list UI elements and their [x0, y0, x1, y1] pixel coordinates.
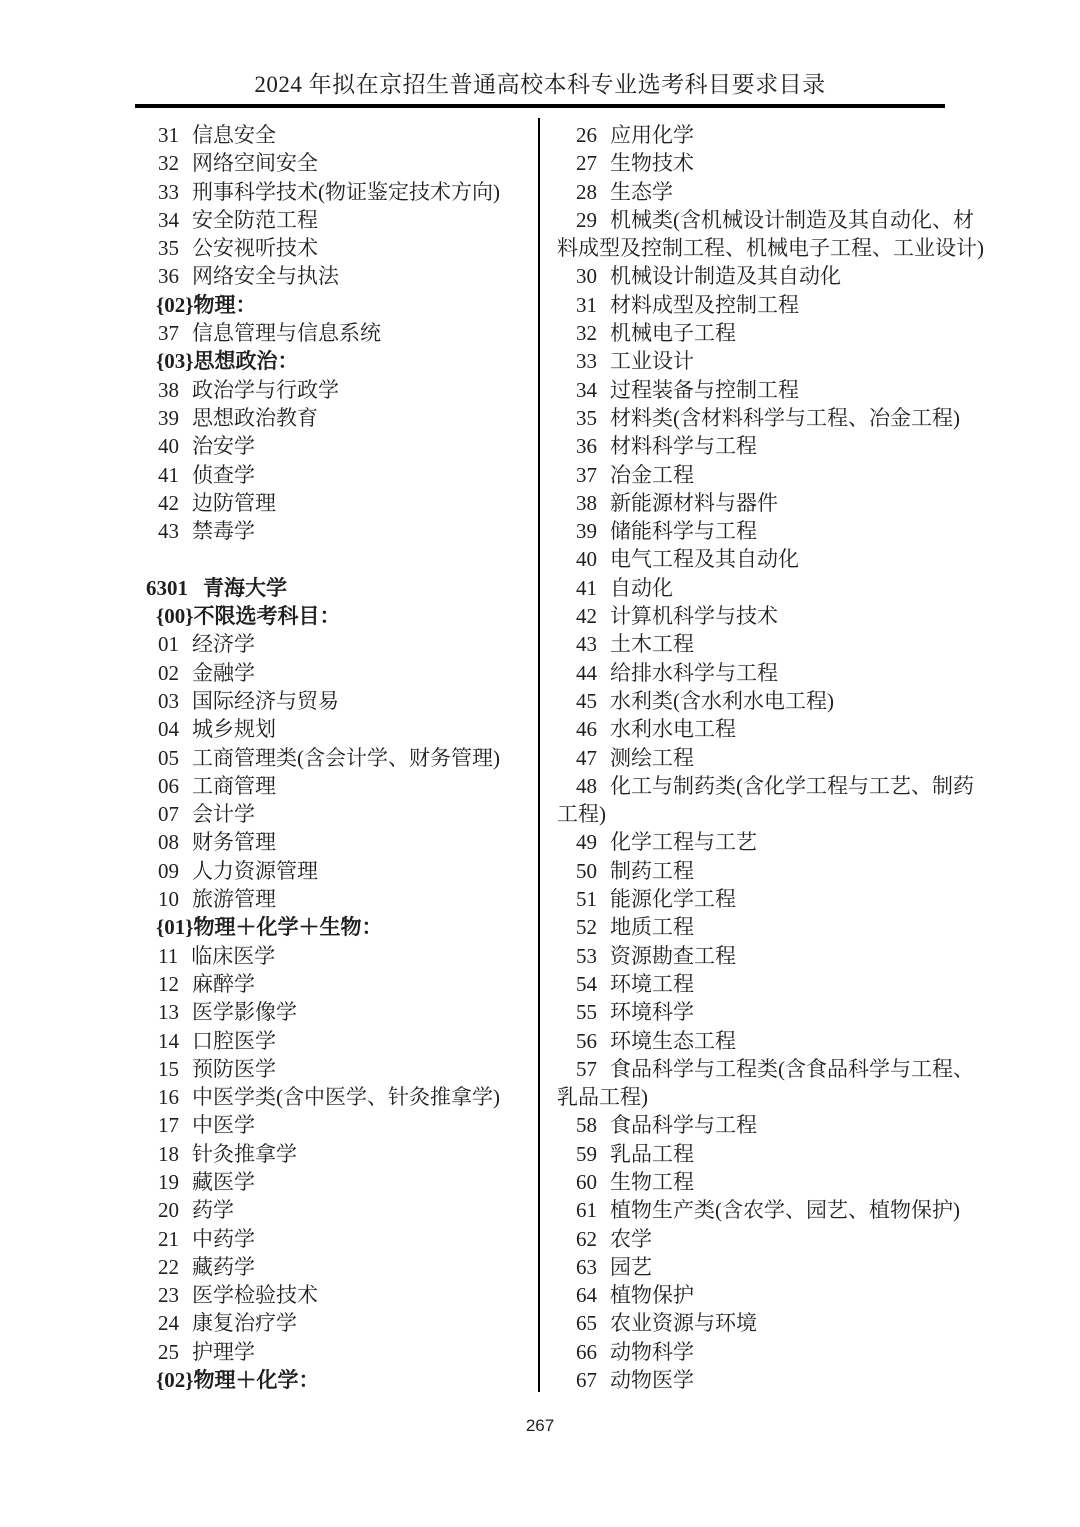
- major-item: 46水利水电工程: [557, 715, 945, 743]
- left-column: 31信息安全32网络空间安全33刑事科学技术(物证鉴定技术方向)34安全防范工程…: [139, 121, 536, 1394]
- major-item: 22藏药学: [139, 1253, 536, 1281]
- major-item: 34过程装备与控制工程: [557, 376, 945, 404]
- major-item: 29机械类(含机械设计制造及其自动化、材: [557, 206, 945, 234]
- major-item-continuation: 料成型及控制工程、机械电子工程、工业设计): [557, 234, 945, 262]
- item-text: 植物生产类(含农学、园艺、植物保护): [610, 1198, 960, 1222]
- item-text: 中医学: [192, 1113, 255, 1137]
- item-number: 50: [576, 857, 597, 885]
- major-item: 04城乡规划: [139, 715, 536, 743]
- major-item: 32网络空间安全: [139, 149, 536, 177]
- major-item: 07会计学: [139, 800, 536, 828]
- item-number: 16: [158, 1083, 179, 1111]
- major-item: 32机械电子工程: [557, 319, 945, 347]
- item-number: 08: [158, 828, 179, 856]
- item-text: 机械电子工程: [610, 321, 736, 345]
- item-text: 城乡规划: [192, 717, 276, 741]
- item-text: 环境科学: [610, 1000, 694, 1024]
- major-item: 61植物生产类(含农学、园艺、植物保护): [557, 1196, 945, 1224]
- item-number: 58: [576, 1111, 597, 1139]
- item-text: 工商管理: [192, 774, 276, 798]
- item-number: 46: [576, 715, 597, 743]
- item-text: 旅游管理: [192, 887, 276, 911]
- item-text: 刑事科学技术(物证鉴定技术方向): [192, 180, 500, 204]
- major-item-continuation: 乳品工程): [557, 1083, 945, 1111]
- item-number: 35: [158, 234, 179, 262]
- item-number: 04: [158, 715, 179, 743]
- item-number: 11: [158, 942, 178, 970]
- item-number: 53: [576, 942, 597, 970]
- item-text: 电气工程及其自动化: [610, 547, 799, 571]
- major-item: 26应用化学: [557, 121, 945, 149]
- item-number: 44: [576, 659, 597, 687]
- item-number: 02: [158, 659, 179, 687]
- major-item: 42边防管理: [139, 489, 536, 517]
- item-number: 55: [576, 998, 597, 1026]
- major-item: 39储能科学与工程: [557, 517, 945, 545]
- item-text: 人力资源管理: [192, 859, 318, 883]
- item-number: 43: [158, 517, 179, 545]
- item-text: 治安学: [192, 434, 255, 458]
- item-number: 57: [576, 1055, 597, 1083]
- item-text: 计算机科学与技术: [610, 604, 778, 628]
- major-item: 01经济学: [139, 630, 536, 658]
- major-item: 55环境科学: [557, 998, 945, 1026]
- item-number: 37: [158, 319, 179, 347]
- item-text: 动物科学: [610, 1340, 694, 1364]
- item-text: 政治学与行政学: [192, 378, 339, 402]
- item-number: 42: [576, 602, 597, 630]
- item-number: 41: [158, 461, 179, 489]
- major-item: 12麻醉学: [139, 970, 536, 998]
- major-item: 20药学: [139, 1196, 536, 1224]
- major-item: 59乳品工程: [557, 1140, 945, 1168]
- item-number: 31: [158, 121, 179, 149]
- major-item: 58食品科学与工程: [557, 1111, 945, 1139]
- item-text: {02}物理：: [156, 293, 257, 317]
- major-item: 44给排水科学与工程: [557, 659, 945, 687]
- item-number: 6301: [146, 574, 188, 602]
- item-number: 40: [158, 432, 179, 460]
- item-number: 51: [576, 885, 597, 913]
- item-text: 财务管理: [192, 830, 276, 854]
- major-item: 54环境工程: [557, 970, 945, 998]
- subject-group-header: {00}不限选考科目：: [139, 602, 536, 630]
- item-number: 40: [576, 545, 597, 573]
- major-item: 42计算机科学与技术: [557, 602, 945, 630]
- major-item: 15预防医学: [139, 1055, 536, 1083]
- item-text: 动物医学: [610, 1368, 694, 1392]
- item-number: 34: [576, 376, 597, 404]
- item-text: 网络空间安全: [192, 151, 318, 175]
- item-text: 环境生态工程: [610, 1029, 736, 1053]
- major-item: 64植物保护: [557, 1281, 945, 1309]
- major-item: 17中医学: [139, 1111, 536, 1139]
- item-number: 20: [158, 1196, 179, 1224]
- item-text: 材料类(含材料科学与工程、冶金工程): [610, 406, 960, 430]
- blank-line: [139, 545, 536, 573]
- item-number: 39: [158, 404, 179, 432]
- item-text: 麻醉学: [192, 972, 255, 996]
- major-item: 43禁毒学: [139, 517, 536, 545]
- page-number: 267: [0, 1416, 1080, 1436]
- item-number: 64: [576, 1281, 597, 1309]
- item-text: 金融学: [192, 661, 255, 685]
- major-item: 34安全防范工程: [139, 206, 536, 234]
- item-number: 36: [576, 432, 597, 460]
- item-text: 新能源材料与器件: [610, 491, 778, 515]
- major-item: 02金融学: [139, 659, 536, 687]
- item-number: 66: [576, 1338, 597, 1366]
- item-text: 环境工程: [610, 972, 694, 996]
- major-item: 25护理学: [139, 1338, 536, 1366]
- item-number: 60: [576, 1168, 597, 1196]
- item-number: 18: [158, 1140, 179, 1168]
- major-item: 35公安视听技术: [139, 234, 536, 262]
- item-text: 应用化学: [610, 123, 694, 147]
- subject-group-header: {03}思想政治：: [139, 347, 536, 375]
- major-item: 38新能源材料与器件: [557, 489, 945, 517]
- item-text: 测绘工程: [610, 746, 694, 770]
- item-number: 21: [158, 1225, 179, 1253]
- item-number: 03: [158, 687, 179, 715]
- item-text: 园艺: [610, 1255, 652, 1279]
- item-text: 食品科学与工程: [610, 1113, 757, 1137]
- major-item: 10旅游管理: [139, 885, 536, 913]
- item-text: 生物工程: [610, 1170, 694, 1194]
- item-text: 国际经济与贸易: [192, 689, 339, 713]
- major-item: 48化工与制药类(含化学工程与工艺、制药: [557, 772, 945, 800]
- document-page: 2024 年拟在京招生普通高校本科专业选考科目要求目录 31信息安全32网络空间…: [0, 0, 1080, 1527]
- item-text: 机械类(含机械设计制造及其自动化、材: [610, 208, 974, 232]
- item-text: 农业资源与环境: [610, 1311, 757, 1335]
- major-item: 41侦查学: [139, 461, 536, 489]
- major-item: 67动物医学: [557, 1366, 945, 1394]
- item-number: 25: [158, 1338, 179, 1366]
- major-item-continuation: 工程): [557, 800, 945, 828]
- major-item: 28生态学: [557, 178, 945, 206]
- major-item: 03国际经济与贸易: [139, 687, 536, 715]
- item-number: 67: [576, 1366, 597, 1394]
- item-number: 47: [576, 744, 597, 772]
- item-text: 临床医学: [191, 944, 275, 968]
- major-item: 35材料类(含材料科学与工程、冶金工程): [557, 404, 945, 432]
- item-text: 生态学: [610, 180, 673, 204]
- major-item: 43土木工程: [557, 630, 945, 658]
- item-text: {00}不限选考科目：: [156, 604, 341, 628]
- item-text: 地质工程: [610, 915, 694, 939]
- item-number: 41: [576, 574, 597, 602]
- item-number: 23: [158, 1281, 179, 1309]
- item-text: 生物技术: [610, 151, 694, 175]
- item-text: 针灸推拿学: [192, 1142, 297, 1166]
- item-text: 自动化: [610, 576, 673, 600]
- item-text: 材料科学与工程: [610, 434, 757, 458]
- major-item: 24康复治疗学: [139, 1309, 536, 1337]
- item-text: 水利类(含水利水电工程): [610, 689, 834, 713]
- major-item: 33工业设计: [557, 347, 945, 375]
- item-number: 01: [158, 630, 179, 658]
- major-item: 05工商管理类(含会计学、财务管理): [139, 744, 536, 772]
- major-item: 37信息管理与信息系统: [139, 319, 536, 347]
- item-number: 52: [576, 913, 597, 941]
- item-text: 乳品工程): [557, 1085, 648, 1109]
- item-text: 会计学: [192, 802, 255, 826]
- item-text: 储能科学与工程: [610, 519, 757, 543]
- item-text: 康复治疗学: [192, 1311, 297, 1335]
- item-text: 信息管理与信息系统: [192, 321, 381, 345]
- item-text: 水利水电工程: [610, 717, 736, 741]
- item-text: 能源化学工程: [610, 887, 736, 911]
- item-number: 37: [576, 461, 597, 489]
- item-text: 药学: [192, 1198, 234, 1222]
- subject-group-header: {02}物理＋化学：: [139, 1366, 536, 1394]
- major-item: 33刑事科学技术(物证鉴定技术方向): [139, 178, 536, 206]
- item-number: 49: [576, 828, 597, 856]
- item-text: 机械设计制造及其自动化: [610, 264, 841, 288]
- item-number: 06: [158, 772, 179, 800]
- item-number: 33: [158, 178, 179, 206]
- major-item: 09人力资源管理: [139, 857, 536, 885]
- major-item: 65农业资源与环境: [557, 1309, 945, 1337]
- item-text: 化工与制药类(含化学工程与工艺、制药: [610, 774, 974, 798]
- item-text: {02}物理＋化学：: [156, 1368, 320, 1392]
- item-number: 63: [576, 1253, 597, 1281]
- item-number: 36: [158, 262, 179, 290]
- major-item: 40治安学: [139, 432, 536, 460]
- item-text: 信息安全: [192, 123, 276, 147]
- major-item: 31信息安全: [139, 121, 536, 149]
- major-item: 14口腔医学: [139, 1027, 536, 1055]
- item-text: 过程装备与控制工程: [610, 378, 799, 402]
- item-number: 32: [576, 319, 597, 347]
- major-item: 53资源勘查工程: [557, 942, 945, 970]
- item-number: 26: [576, 121, 597, 149]
- item-text: 中医学类(含中医学、针灸推拿学): [192, 1085, 500, 1109]
- major-item: 49化学工程与工艺: [557, 828, 945, 856]
- item-text: 工业设计: [610, 349, 694, 373]
- major-item: 47测绘工程: [557, 744, 945, 772]
- item-text: 医学影像学: [192, 1000, 297, 1024]
- item-number: 28: [576, 178, 597, 206]
- item-number: 34: [158, 206, 179, 234]
- item-text: 安全防范工程: [192, 208, 318, 232]
- item-number: 32: [158, 149, 179, 177]
- item-text: 藏医学: [192, 1170, 255, 1194]
- item-number: 38: [576, 489, 597, 517]
- major-item: 40电气工程及其自动化: [557, 545, 945, 573]
- major-item: 16中医学类(含中医学、针灸推拿学): [139, 1083, 536, 1111]
- subject-group-header: {01}物理＋化学＋生物：: [139, 913, 536, 941]
- item-number: 13: [158, 998, 179, 1026]
- item-text: 侦查学: [192, 463, 255, 487]
- item-text: 材料成型及控制工程: [610, 293, 799, 317]
- major-item: 08财务管理: [139, 828, 536, 856]
- item-text: 青海大学: [203, 576, 287, 600]
- item-number: 29: [576, 206, 597, 234]
- item-text: 乳品工程: [610, 1142, 694, 1166]
- item-number: 31: [576, 291, 597, 319]
- item-text: 预防医学: [192, 1057, 276, 1081]
- column-divider: [538, 118, 540, 1392]
- item-number: 07: [158, 800, 179, 828]
- major-item: 51能源化学工程: [557, 885, 945, 913]
- major-item: 63园艺: [557, 1253, 945, 1281]
- major-item: 31材料成型及控制工程: [557, 291, 945, 319]
- item-number: 33: [576, 347, 597, 375]
- major-item: 38政治学与行政学: [139, 376, 536, 404]
- item-text: 给排水科学与工程: [610, 661, 778, 685]
- major-item: 60生物工程: [557, 1168, 945, 1196]
- item-text: 资源勘查工程: [610, 944, 736, 968]
- major-item: 23医学检验技术: [139, 1281, 536, 1309]
- item-number: 22: [158, 1253, 179, 1281]
- item-number: 05: [158, 744, 179, 772]
- item-number: 12: [158, 970, 179, 998]
- item-number: 65: [576, 1309, 597, 1337]
- item-number: 09: [158, 857, 179, 885]
- item-text: 边防管理: [192, 491, 276, 515]
- item-number: 10: [158, 885, 179, 913]
- item-number: 35: [576, 404, 597, 432]
- item-text: 土木工程: [610, 632, 694, 656]
- major-item: 30机械设计制造及其自动化: [557, 262, 945, 290]
- item-number: 59: [576, 1140, 597, 1168]
- item-text: 思想政治教育: [192, 406, 318, 430]
- major-item: 21中药学: [139, 1225, 536, 1253]
- major-item: 62农学: [557, 1225, 945, 1253]
- item-number: 42: [158, 489, 179, 517]
- item-number: 62: [576, 1225, 597, 1253]
- item-text: 经济学: [192, 632, 255, 656]
- item-number: 30: [576, 262, 597, 290]
- item-number: 48: [576, 772, 597, 800]
- item-text: 化学工程与工艺: [610, 830, 757, 854]
- item-number: 43: [576, 630, 597, 658]
- major-item: 57食品科学与工程类(含食品科学与工程、: [557, 1055, 945, 1083]
- item-text: 食品科学与工程类(含食品科学与工程、: [610, 1057, 974, 1081]
- major-item: 06工商管理: [139, 772, 536, 800]
- item-number: 24: [158, 1309, 179, 1337]
- item-text: 工程): [557, 802, 606, 826]
- major-item: 50制药工程: [557, 857, 945, 885]
- item-text: 工商管理类(含会计学、财务管理): [192, 746, 500, 770]
- item-text: 制药工程: [610, 859, 694, 883]
- item-text: 禁毒学: [192, 519, 255, 543]
- item-number: 56: [576, 1027, 597, 1055]
- item-number: 19: [158, 1168, 179, 1196]
- item-text: 冶金工程: [610, 463, 694, 487]
- item-text: 护理学: [192, 1340, 255, 1364]
- item-text: 料成型及控制工程、机械电子工程、工业设计): [557, 236, 984, 260]
- major-item: 52地质工程: [557, 913, 945, 941]
- item-text: {01}物理＋化学＋生物：: [156, 915, 383, 939]
- major-item: 36材料科学与工程: [557, 432, 945, 460]
- header-rule: [135, 104, 945, 108]
- item-text: 公安视听技术: [192, 236, 318, 260]
- major-item: 13医学影像学: [139, 998, 536, 1026]
- right-column: 26应用化学27生物技术28生态学29机械类(含机械设计制造及其自动化、材料成型…: [557, 121, 945, 1394]
- major-item: 45水利类(含水利水电工程): [557, 687, 945, 715]
- item-text: 网络安全与执法: [192, 264, 339, 288]
- university-header: 6301青海大学: [139, 574, 536, 602]
- item-text: {03}思想政治：: [156, 349, 299, 373]
- item-text: 中药学: [192, 1227, 255, 1251]
- item-text: 农学: [610, 1227, 652, 1251]
- item-number: 15: [158, 1055, 179, 1083]
- major-item: 19藏医学: [139, 1168, 536, 1196]
- major-item: 11临床医学: [139, 942, 536, 970]
- item-number: 27: [576, 149, 597, 177]
- major-item: 18针灸推拿学: [139, 1140, 536, 1168]
- major-item: 27生物技术: [557, 149, 945, 177]
- item-text: 藏药学: [192, 1255, 255, 1279]
- item-number: 38: [158, 376, 179, 404]
- item-number: 17: [158, 1111, 179, 1139]
- page-title: 2024 年拟在京招生普通高校本科专业选考科目要求目录: [0, 72, 1080, 98]
- major-item: 36网络安全与执法: [139, 262, 536, 290]
- major-item: 66动物科学: [557, 1338, 945, 1366]
- item-number: 39: [576, 517, 597, 545]
- item-number: 61: [576, 1196, 597, 1224]
- major-item: 56环境生态工程: [557, 1027, 945, 1055]
- item-text: 植物保护: [610, 1283, 694, 1307]
- major-item: 39思想政治教育: [139, 404, 536, 432]
- item-text: 医学检验技术: [192, 1283, 318, 1307]
- item-number: 14: [158, 1027, 179, 1055]
- subject-group-header: {02}物理：: [139, 291, 536, 319]
- item-text: 口腔医学: [192, 1029, 276, 1053]
- item-number: 45: [576, 687, 597, 715]
- major-item: 41自动化: [557, 574, 945, 602]
- item-number: 54: [576, 970, 597, 998]
- major-item: 37冶金工程: [557, 461, 945, 489]
